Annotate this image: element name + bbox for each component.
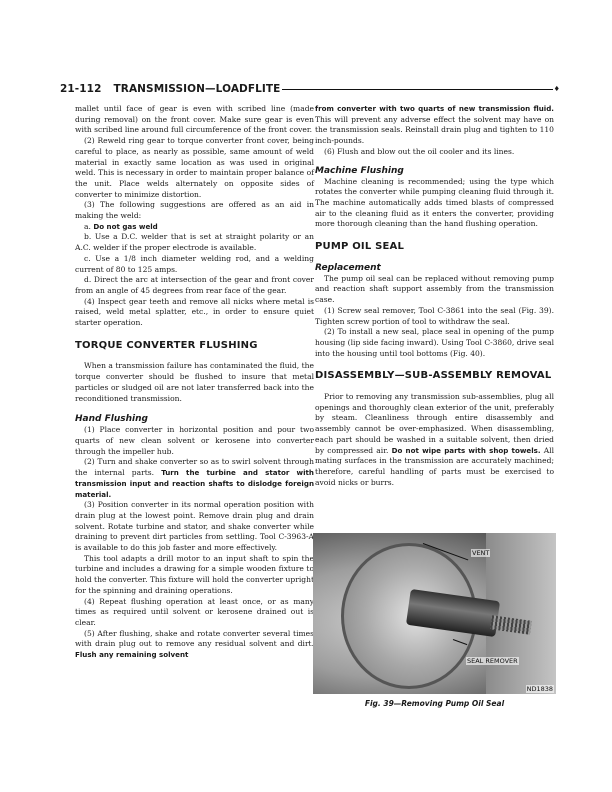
paragraph: This tool adapts a drill motor to an inp… xyxy=(75,554,314,597)
paragraph: (5) After flushing, shake and rotate con… xyxy=(75,629,314,661)
subheading-machine-flushing: Machine Flushing xyxy=(315,166,554,177)
warning-text: Do not wipe parts with shop towels. xyxy=(392,446,541,455)
paragraph: (3) The following suggestions are offere… xyxy=(75,200,314,221)
emphasis-text: from converter with two quarts of new tr… xyxy=(315,104,554,113)
page-header: 21-112 TRANSMISSION—LOADFLITE ♦ xyxy=(60,82,560,96)
paragraph: (1) Place converter in horizontal positi… xyxy=(75,425,314,457)
text: This will prevent any adverse effect the… xyxy=(315,115,554,145)
paragraph: (3) Position converter in its normal ope… xyxy=(75,500,314,554)
list-item: b. Use a D.C. welder that is set at stra… xyxy=(75,232,314,253)
diamond-icon: ♦ xyxy=(554,85,560,93)
section-heading-flushing: TORQUE CONVERTER FLUSHING xyxy=(75,341,314,352)
paragraph: (2) Reweld ring gear to torque converter… xyxy=(75,136,314,200)
figure-photo-pump-oil-seal: VENT SEAL REMOVER ND1838 xyxy=(313,533,556,694)
figure-caption: Fig. 39—Removing Pump Oil Seal xyxy=(313,699,556,708)
subheading-hand-flushing: Hand Flushing xyxy=(75,414,314,425)
paragraph: (2) Turn and shake converter so as to sw… xyxy=(75,457,314,500)
paragraph: The pump oil seal can be replaced withou… xyxy=(315,274,554,306)
list-item: c. Use a 1/8 inch diameter welding rod, … xyxy=(75,254,314,275)
paragraph: (2) To install a new seal, place seal in… xyxy=(315,327,554,359)
list-marker: a. xyxy=(84,222,93,231)
section-heading-pump-oil-seal: PUMP OIL SEAL xyxy=(315,242,554,253)
paragraph: (6) Flush and blow out the oil cooler an… xyxy=(315,147,554,158)
page-number: 21-112 xyxy=(60,83,102,95)
label-seal-remover: SEAL REMOVER xyxy=(466,657,519,665)
paragraph: (1) Screw seal remover, Tool C-3861 into… xyxy=(315,306,554,327)
section-title: TRANSMISSION—LOADFLITE xyxy=(114,83,281,95)
paragraph: (4) Repeat flushing operation at least o… xyxy=(75,597,314,629)
text: (5) After flushing, shake and rotate con… xyxy=(75,629,314,649)
paragraph: Prior to removing any transmission sub-a… xyxy=(315,392,554,488)
left-column: mallet until face of gear is even with s… xyxy=(75,104,314,661)
header-rule xyxy=(282,89,552,90)
paragraph: mallet until face of gear is even with s… xyxy=(75,104,314,136)
paragraph: (4) Inspect gear teeth and remove all ni… xyxy=(75,297,314,329)
right-column: from converter with two quarts of new tr… xyxy=(315,104,554,488)
label-vent: VENT xyxy=(471,549,490,557)
emphasis-text: Flush any remaining solvent xyxy=(75,650,188,659)
warning-text: Do not gas weld xyxy=(93,222,157,231)
subheading-replacement: Replacement xyxy=(315,263,554,274)
section-heading-disassembly: DISASSEMBLY—SUB-ASSEMBLY REMOVAL xyxy=(315,371,554,382)
list-item: d. Direct the arc at intersection of the… xyxy=(75,275,314,296)
list-item: a. Do not gas weld xyxy=(75,222,314,233)
paragraph: Machine cleaning is recommended; using t… xyxy=(315,177,554,231)
paragraph: When a transmission failure has contamin… xyxy=(75,361,314,404)
paragraph: from converter with two quarts of new tr… xyxy=(315,104,554,147)
figure-code: ND1838 xyxy=(526,685,554,693)
